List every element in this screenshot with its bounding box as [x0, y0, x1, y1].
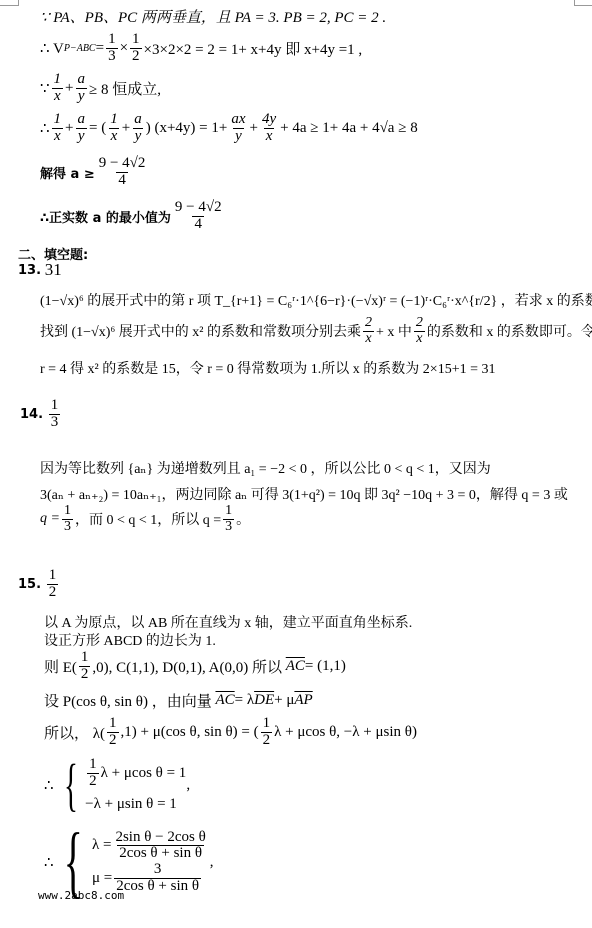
- fraction: 12: [130, 32, 142, 65]
- q13-line-1: (1−√x)⁶ 的展开式中的第 r 项 T_{r+1} = C₆ʳ·1^{6−r…: [40, 290, 592, 310]
- q15-line-3: 则 E( 12 ,0), C(1,1), D(0,1), A(0,0) 所以 A…: [44, 650, 346, 683]
- q15-line-1: 以 A 为原点，以 AB 所在直线为 x 轴，建立平面直角坐标系.: [44, 612, 412, 632]
- q15-system-1: ∴ { 12λ + μcos θ = 1 −λ + μsin θ = 1 ,: [44, 756, 190, 814]
- prev-line-6: ∴正实数 a 的最小值为 9 − 4√24: [40, 200, 226, 233]
- q15-line-2: 设正方形 ABCD 的边长为 1.: [44, 630, 216, 650]
- crop-mark-left: [0, 0, 19, 6]
- prev-line-5: 解得 a ≥ 9 − 4√24: [40, 156, 149, 189]
- q14-line-3: q = 13 ，而 0 < q < 1，所以 q = 13 。: [40, 504, 250, 534]
- watermark: www.2abc8.com: [38, 889, 124, 902]
- prev-line-3: ∵ 1x+ ay ≥ 8 恒成立,: [40, 72, 161, 105]
- q14-header: 14. 13: [20, 398, 62, 431]
- prev-line-2: ∴ VP−ABC = 13× 12 ×3×2×2 = 2 = 1+ x+4y 即…: [40, 32, 362, 65]
- prev-line-1: ∵ PA、PB、PC 两两垂直，且 PA = 3. PB = 2, PC = 2…: [40, 6, 386, 27]
- q15-header: 15. 12: [18, 568, 60, 601]
- q15-line-4: 设 P(cos θ, sin θ) ，由向量 AC = λDE + μAP: [44, 690, 313, 711]
- q14-line-1: 因为等比数列 {aₙ} 为递增数列且 a₁ = −2 < 0 ，所以公比 0 <…: [40, 458, 491, 478]
- q13-line-2: 找到 (1−√x)⁶ 展开式中的 x² 的系数和常数项分别去乘 2x + x 中…: [40, 316, 592, 346]
- q15-line-5: 所以， λ( 12 ,1) + μ(cos θ, sin θ) = ( 12 λ…: [44, 716, 417, 749]
- prev-line-4: ∴ 1x+ ay = ( 1x+ ay ) (x+4y) = 1+ axy+ 4…: [40, 112, 418, 145]
- q13-line-3: r = 4 得 x² 的系数是 15，令 r = 0 得常数项为 1.所以 x …: [40, 358, 496, 378]
- fraction: 13: [106, 32, 118, 65]
- crop-mark-right: [574, 0, 592, 6]
- q13-header: 13. 31: [18, 260, 62, 280]
- q14-line-2: 3(aₙ + aₙ₊₂) = 10aₙ₊₁，两边同除 aₙ 可得 3(1+q²)…: [40, 484, 568, 504]
